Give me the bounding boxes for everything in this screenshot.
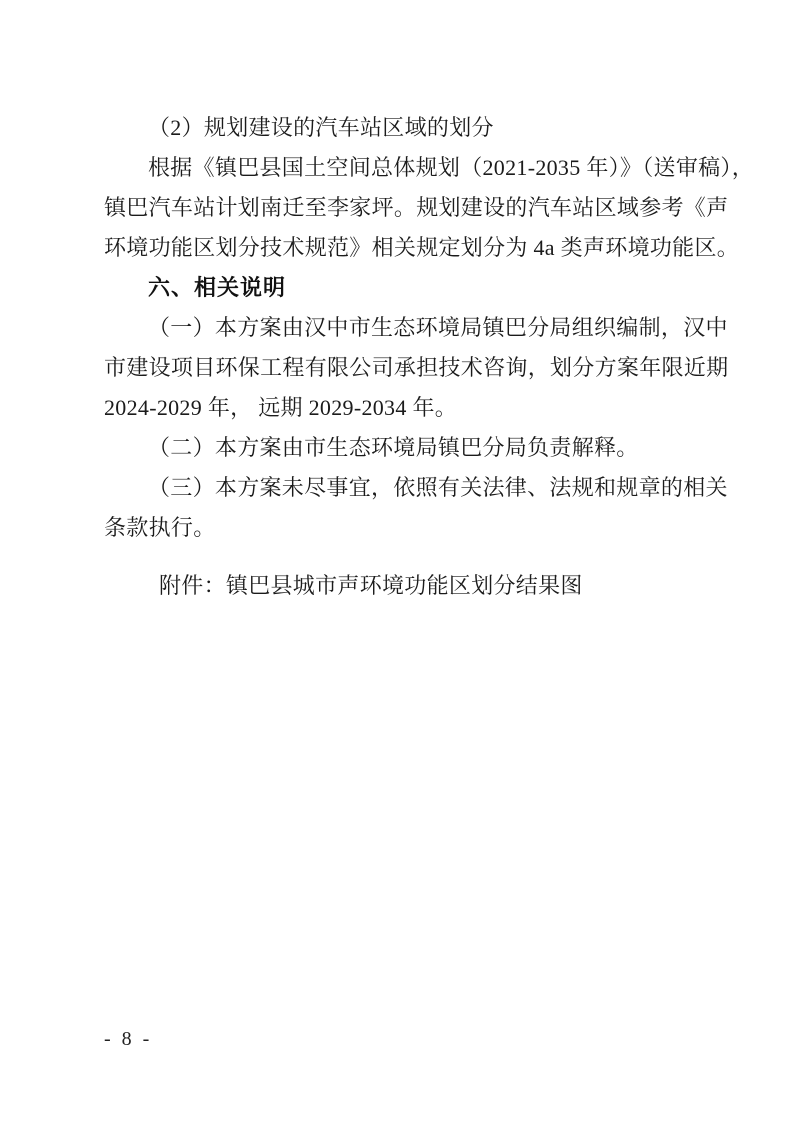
paragraph-line: 2024-2029 年， 远期 2029-2034 年。 xyxy=(104,388,700,428)
document-body: （2）规划建设的汽车站区域的划分 根据《镇巴县国土空间总体规划（2021-203… xyxy=(104,108,700,606)
paragraph-line: 条款执行。 xyxy=(104,508,700,548)
paragraph-line: 环境功能区划分技术规范》相关规定划分为 4a 类声环境功能区。 xyxy=(104,228,700,268)
paragraph-line: （三）本方案未尽事宜，依照有关法律、法规和规章的相关 xyxy=(104,468,700,508)
attachment-line: 附件：镇巴县城市声环境功能区划分结果图 xyxy=(104,566,700,606)
paragraph-line: 镇巴汽车站计划南迁至李家坪。规划建设的汽车站区域参考《声 xyxy=(104,188,700,228)
section-heading: 六、相关说明 xyxy=(104,268,700,308)
document-page: （2）规划建设的汽车站区域的划分 根据《镇巴县国土空间总体规划（2021-203… xyxy=(0,0,793,1122)
page-number: - 8 - xyxy=(104,1028,152,1050)
paragraph-line: （一）本方案由汉中市生态环境局镇巴分局组织编制，汉中 xyxy=(104,308,700,348)
paragraph-line: 根据《镇巴县国土空间总体规划（2021-2035 年）》（送审稿）， xyxy=(104,148,700,188)
paragraph-line: （2）规划建设的汽车站区域的划分 xyxy=(104,108,700,148)
paragraph-line: 市建设项目环保工程有限公司承担技术咨询，划分方案年限近期 xyxy=(104,348,700,388)
paragraph-line: （二）本方案由市生态环境局镇巴分局负责解释。 xyxy=(104,428,700,468)
